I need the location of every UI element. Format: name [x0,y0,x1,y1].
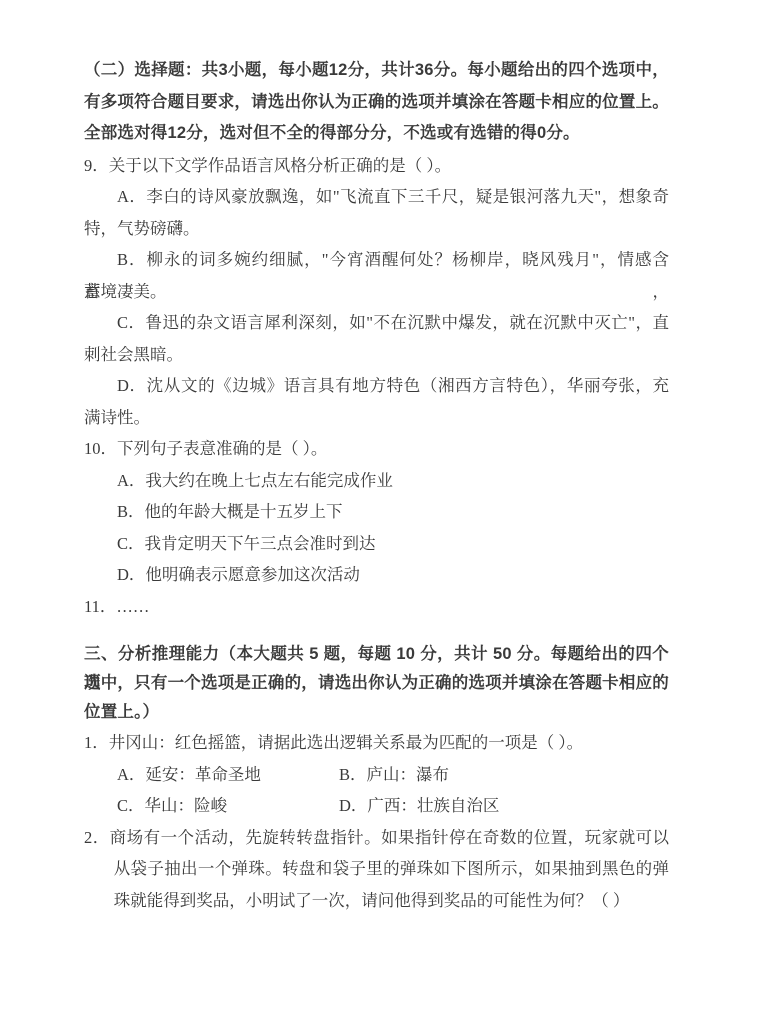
part3-heading-line-1: 三、分析推理能力（本大题共 5 题，每题 10 分，共计 50 分。每题给出的四… [84,640,669,669]
p3-q1-option-b: B．庐山：瀑布 [339,759,669,791]
part3-heading: 三、分析推理能力（本大题共 5 题，每题 10 分，共计 50 分。每题给出的四… [84,640,669,727]
q9-option-d-line-2: 满诗性。 [84,402,669,434]
p3-q1-option-c: C．华山：险峻 [117,790,339,822]
q9-option-a-line-2: 特，气势磅礴。 [84,213,669,245]
q10-option-c: C．我肯定明天下午三点会准时到达 [84,528,669,560]
p3-q2-line-3: 珠就能得到奖品，小明试了一次，请问他得到奖品的可能性为何？（ ） [84,885,669,917]
p3-q1-options-row-2: C．华山：险峻 D．广西：壮族自治区 [84,790,669,822]
q10-option-b: B．他的年龄大概是十五岁上下 [84,496,669,528]
exam-document-page: （二）选择题：共3小题，每小题12分，共计36分。每小题给出的四个选项中， 有多… [0,0,761,1011]
part2-intro-line-3: 全部选对得12分，选对但不全的得部分分，不选或有选错的得0分。 [84,118,669,150]
question-9: 9．关于以下文学作品语言风格分析正确的是（ ）。 A．李白的诗风豪放飘逸，如"飞… [84,150,669,434]
part3-question-2: 2．商场有一个活动，先旋转转盘指针。如果指针停在奇数的位置，玩家就可以 从袋子抽… [84,822,669,917]
part3-heading-line-2: 项中，只有一个选项是正确的，请选出你认为正确的选项并填涂在答题卡相应的 [84,669,669,698]
question-10: 10．下列句子表意准确的是（ ）。 A．我大约在晚上七点左右能完成作业 B．他的… [84,433,669,591]
q9-option-b-line-1: B．柳永的词多婉约细腻，"今宵酒醒何处？杨柳岸，晓风残月"，情感含蓄， [84,244,669,276]
part3-heading-line-3: 位置上。） [84,698,669,727]
q10-stem: 10．下列句子表意准确的是（ ）。 [84,433,669,465]
q10-option-a: A．我大约在晚上七点左右能完成作业 [84,465,669,497]
part2-intro-line-1: （二）选择题：共3小题，每小题12分，共计36分。每小题给出的四个选项中， [84,55,669,87]
part3-question-1: 1．井冈山：红色摇篮，请据此选出逻辑关系最为匹配的一项是（ ）。 A．延安：革命… [84,727,669,822]
q9-option-c-line-1: C．鲁迅的杂文语言犀利深刻，如"不在沉默中爆发，就在沉默中灭亡"，直 [84,307,669,339]
p3-q1-option-d: D．广西：壮族自治区 [339,790,669,822]
q9-option-a-line-1: A．李白的诗风豪放飘逸，如"飞流直下三千尺，疑是银河落九天"，想象奇 [84,181,669,213]
q9-option-c-line-2: 刺社会黑暗。 [84,339,669,371]
q9-option-d-line-1: D．沈从文的《边城》语言具有地方特色（湘西方言特色），华丽夸张，充 [84,370,669,402]
part2-intro: （二）选择题：共3小题，每小题12分，共计36分。每小题给出的四个选项中， 有多… [84,55,669,150]
q10-option-d: D．他明确表示愿意参加这次活动 [84,559,669,591]
p3-q2-line-1: 2．商场有一个活动，先旋转转盘指针。如果指针停在奇数的位置，玩家就可以 [84,822,669,854]
p3-q2-line-2: 从袋子抽出一个弹珠。转盘和袋子里的弹珠如下图所示，如果抽到黑色的弹 [84,853,669,885]
p3-q1-options-row-1: A．延安：革命圣地 B．庐山：瀑布 [84,759,669,791]
part2-intro-line-2: 有多项符合题目要求，请选出你认为正确的选项并填涂在答题卡相应的位置上。 [84,87,669,119]
q11-stem: 11．…… [84,591,669,623]
q9-stem: 9．关于以下文学作品语言风格分析正确的是（ ）。 [84,150,669,182]
p3-q1-stem: 1．井冈山：红色摇篮，请据此选出逻辑关系最为匹配的一项是（ ）。 [84,727,669,759]
p3-q1-option-a: A．延安：革命圣地 [117,759,339,791]
